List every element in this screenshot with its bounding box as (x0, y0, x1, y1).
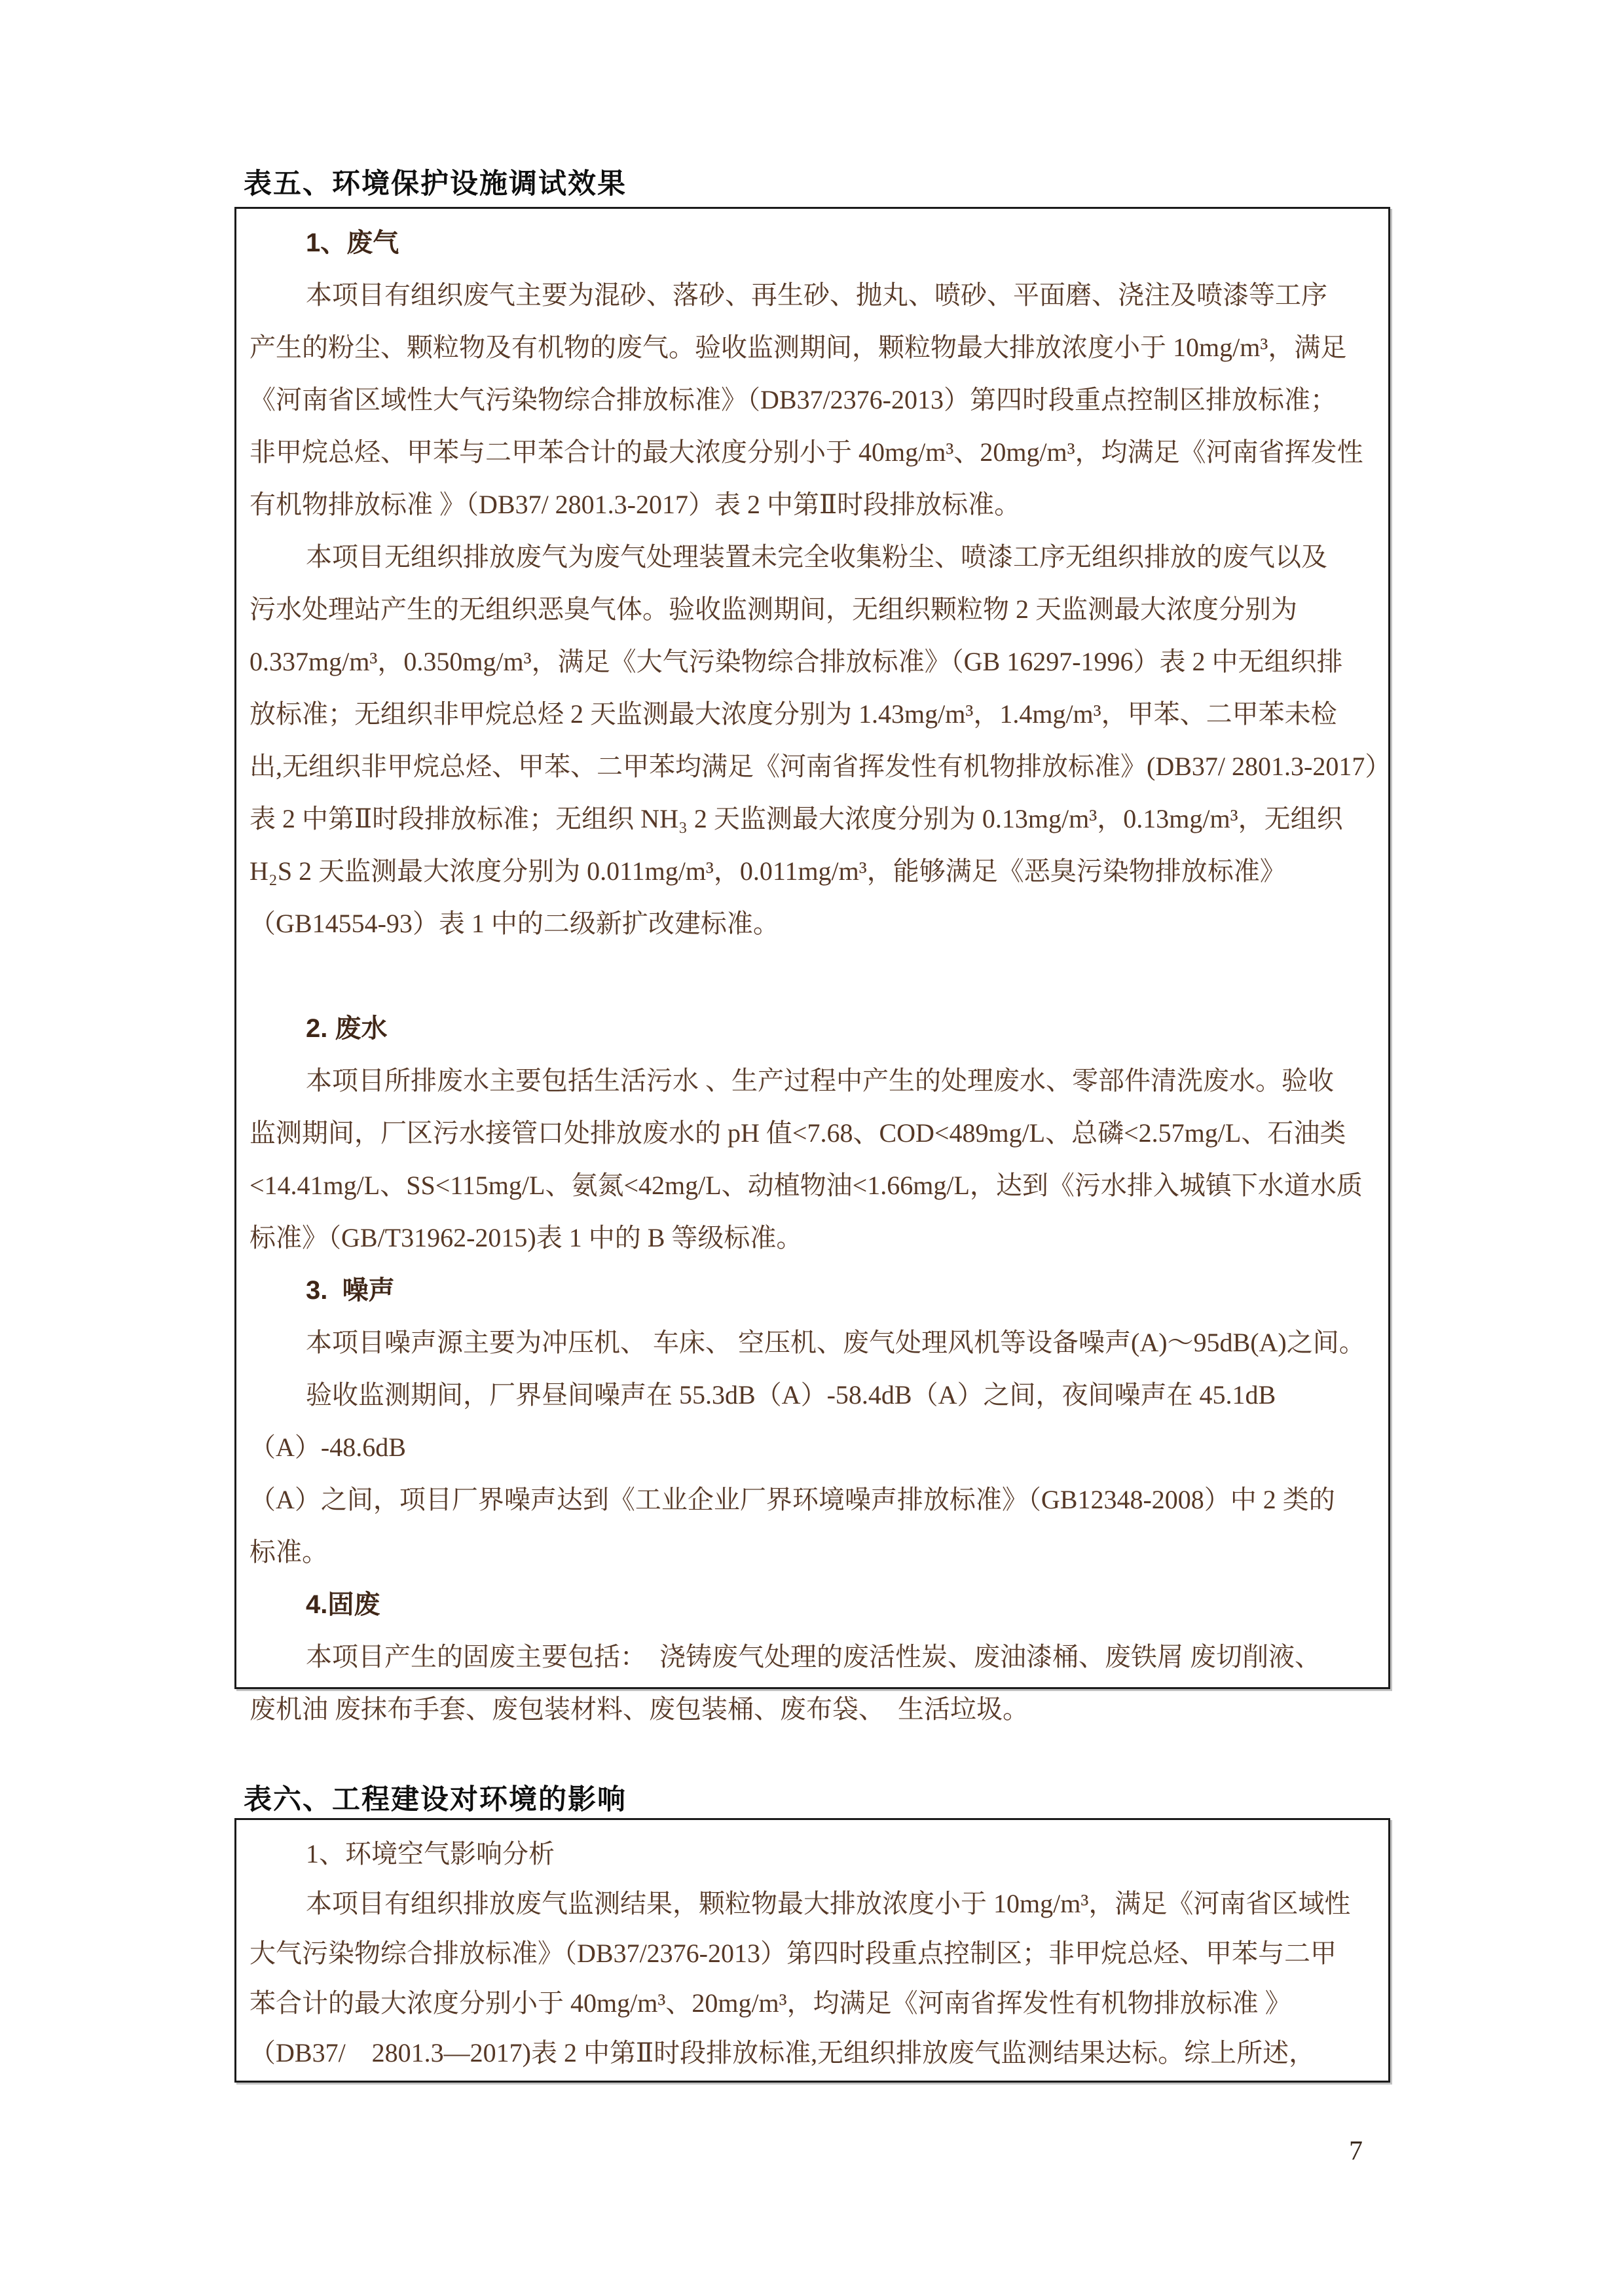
document-page: 表五、环境保护设施调试效果 1、废气本项目有组织废气主要为混砂、落砂、再生砂、抛… (0, 0, 1624, 2296)
text-line: 苯合计的最大浓度分别小于 40mg/m³、20mg/m³，均满足《河南省挥发性有… (249, 1978, 1379, 2028)
text-line: 监测期间，厂区污水接管口处排放废水的 pH 值<7.68、COD<489mg/L… (249, 1107, 1379, 1159)
text-line: 本项目所排废水主要包括生活污水 、生产过程中产生的处理废水、零部件清洗废水。验收 (249, 1055, 1379, 1107)
table5-rows: 1、废气本项目有组织废气主要为混砂、落砂、再生砂、抛丸、喷砂、平面磨、浇注及喷漆… (249, 217, 1379, 1736)
text-line: 大气污染物综合排放标准》（DB37/2376-2013）第四时段重点控制区；非甲… (249, 1929, 1379, 1978)
text-line: 非甲烷总烃、甲苯与二甲苯合计的最大浓度分别小于 40mg/m³、20mg/m³，… (249, 426, 1379, 479)
text-line: 放标准；无组织非甲烷总烃 2 天监测最大浓度分别为 1.43mg/m³，1.4m… (249, 688, 1379, 740)
subheading-line: 1、废气 (249, 217, 1379, 269)
text-line: （DB37/ 2801.3—2017)表 2 中第Ⅱ时段排放标准,无组织排放废气… (249, 2028, 1379, 2078)
subheading-line: 4.固废 (249, 1578, 1379, 1631)
text-line: 出,无组织非甲烷总烃、甲苯、二甲苯均满足《河南省挥发性有机物排放标准》(DB37… (249, 740, 1379, 793)
text-line: （GB14554-93）表 1 中的二级新扩改建标准。 (249, 898, 1379, 950)
text-line: 废机油 废抹布手套、废包装材料、废包装桶、废布袋、 生活垃圾。 (249, 1683, 1379, 1736)
text-line: 污水处理站产生的无组织恶臭气体。验收监测期间，无组织颗粒物 2 天监测最大浓度分… (249, 583, 1379, 636)
text-line: H₂S 2 天监测最大浓度分别为 0.011mg/m³，0.011mg/m³，能… (249, 845, 1379, 898)
table5-heading: 表五、环境保护设施调试效果 (244, 169, 627, 199)
text-line: 1、环境空气影响分析 (249, 1829, 1379, 1879)
page-number: 7 (1349, 2136, 1363, 2167)
table6-box: 1、环境空气影响分析本项目有组织排放废气监测结果，颗粒物最大排放浓度小于 10m… (234, 1818, 1390, 2083)
blank-line (249, 950, 1379, 1002)
subheading-line: 3. 噪声 (249, 1264, 1379, 1317)
text-line: 0.337mg/m³，0.350mg/m³，满足《大气污染物综合排放标准》（GB… (249, 636, 1379, 688)
text-line: 《河南省区域性大气污染物综合排放标准》（DB37/2376-2013）第四时段重… (249, 374, 1379, 426)
text-line: 表 2 中第Ⅱ时段排放标准；无组织 NH₃ 2 天监测最大浓度分别为 0.13m… (249, 793, 1379, 845)
text-line: 本项目有组织排放废气监测结果，颗粒物最大排放浓度小于 10mg/m³，满足《河南… (249, 1879, 1379, 1929)
text-line: <14.41mg/L、SS<115mg/L、氨氮<42mg/L、动植物油<1.6… (249, 1159, 1379, 1212)
text-line: 标准》（GB/T31962-2015)表 1 中的 B 等级标准。 (249, 1212, 1379, 1264)
text-line: 本项目无组织排放废气为废气处理装置未完全收集粉尘、喷漆工序无组织排放的废气以及 (249, 531, 1379, 583)
table6-heading: 表六、工程建设对环境的影响 (244, 1785, 627, 1815)
text-line: 有机物排放标准 》（DB37/ 2801.3-2017）表 2 中第Ⅱ时段排放标… (249, 479, 1379, 531)
text-line: 产生的粉尘、颗粒物及有机物的废气。验收监测期间，颗粒物最大排放浓度小于 10mg… (249, 321, 1379, 374)
text-line: （A）之间，项目厂界噪声达到《工业企业厂界环境噪声排放标准》（GB12348-2… (249, 1474, 1379, 1526)
text-line: 本项目有组织废气主要为混砂、落砂、再生砂、抛丸、喷砂、平面磨、浇注及喷漆等工序 (249, 269, 1379, 321)
text-line: 本项目噪声源主要为冲压机、 车床、 空压机、废气处理风机等设备噪声(A)～95d… (249, 1317, 1379, 1369)
text-line: 标准。 (249, 1526, 1379, 1578)
text-line: 验收监测期间，厂界昼间噪声在 55.3dB（A）-58.4dB（A）之间，夜间噪… (249, 1369, 1379, 1474)
table5-box: 1、废气本项目有组织废气主要为混砂、落砂、再生砂、抛丸、喷砂、平面磨、浇注及喷漆… (234, 207, 1390, 1689)
text-line: 本项目产生的固废主要包括： 浇铸废气处理的废活性炭、废油漆桶、废铁屑 废切削液、 (249, 1631, 1379, 1683)
subheading-line: 2. 废水 (249, 1002, 1379, 1055)
table6-rows: 1、环境空气影响分析本项目有组织排放废气监测结果，颗粒物最大排放浓度小于 10m… (249, 1829, 1379, 2078)
